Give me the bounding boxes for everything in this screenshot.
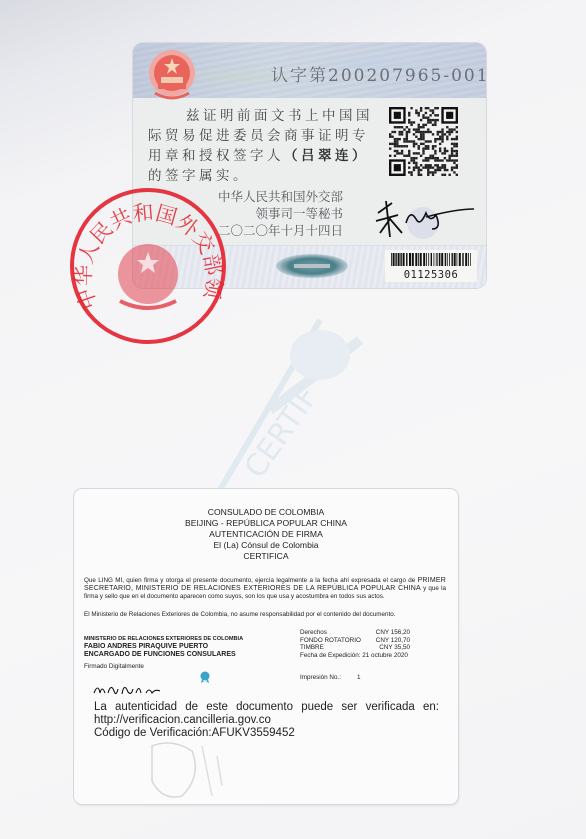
verification-word: en: xyxy=(423,701,439,714)
hologram-icon xyxy=(276,254,348,278)
digital-signature-note: Firmado Digitalmente xyxy=(84,663,284,671)
faint-stamp-icon: CERTIF xyxy=(200,300,440,500)
certification-paragraph: Que LING MI, quien firma y otorga el pre… xyxy=(84,577,446,601)
barcode-label: 01125306 xyxy=(385,250,477,282)
verification-url[interactable]: http://verificacion.cancilleria.gov.co xyxy=(94,714,439,727)
verification-word: La xyxy=(94,701,107,714)
qr-code-icon xyxy=(389,107,458,176)
verification-word: este xyxy=(206,701,228,714)
signatory-name: （吕翠连） xyxy=(284,148,369,164)
verification-word: documento xyxy=(236,701,293,714)
signer-block: MINISTERIO DE RELACIONES EXTERIORES DE C… xyxy=(84,635,284,671)
national-emblem-icon xyxy=(147,49,197,101)
verification-block: Laautenticidaddeestedocumentopuedeserver… xyxy=(94,701,439,741)
verification-word: autenticidad xyxy=(115,701,177,714)
verified-badge-icon xyxy=(199,671,211,683)
verification-word: puede xyxy=(301,701,333,714)
handwritten-signature-icon xyxy=(368,193,478,241)
certification-statement: 兹证明前面文书上中国国 际贸易促进委员会商事证明专 用章和授权签字人（吕翠连） … xyxy=(148,106,373,186)
barcode-icon xyxy=(391,253,471,266)
fees-block: DerechosCNY 156,20 FONDO ROTATORIOCNY 12… xyxy=(300,629,450,659)
verification-word: verificada xyxy=(366,701,415,714)
certificate-serial-number: 认字第200207965-001号 xyxy=(271,61,486,86)
fee-row: FONDO ROTATORIOCNY 120,70 xyxy=(300,637,410,645)
issue-date: Fecha de Expedición: 21 octubre 2020 xyxy=(300,652,450,660)
red-seal-icon: 中华人民共和国外交部领事司 xyxy=(68,186,228,346)
barcode-number: 01125306 xyxy=(385,269,477,281)
handwritten-signature-icon xyxy=(92,681,162,699)
disclaimer-paragraph: El Ministerio de Relaciones Exteriores d… xyxy=(84,611,446,619)
print-number: Impresión No.:1 xyxy=(300,674,360,681)
verification-word: de xyxy=(185,701,198,714)
consulate-header: CONSULADO DE COLOMBIA BEIJING - REPÚBLIC… xyxy=(74,507,458,562)
signer-name: FABIO ANDRES PIRAQUIVE PUERTO xyxy=(84,643,284,651)
verification-word: ser xyxy=(341,701,357,714)
fee-row: DerechosCNY 156,20 xyxy=(300,629,410,637)
embossed-seal-icon xyxy=(142,736,252,806)
verification-statement: Laautenticidaddeestedocumentopuedeserver… xyxy=(94,701,439,714)
scanned-page: CERTIF 认字第200207965-001号 兹证明前面文书上中国国 际贸易… xyxy=(0,0,586,839)
colombian-authentication-sticker: CONSULADO DE COLOMBIA BEIJING - REPÚBLIC… xyxy=(74,489,458,804)
fee-row: TIMBRECNY 35,50 xyxy=(300,644,410,652)
signer-role: ENCARGADO DE FUNCIONES CONSULARES xyxy=(84,651,284,659)
